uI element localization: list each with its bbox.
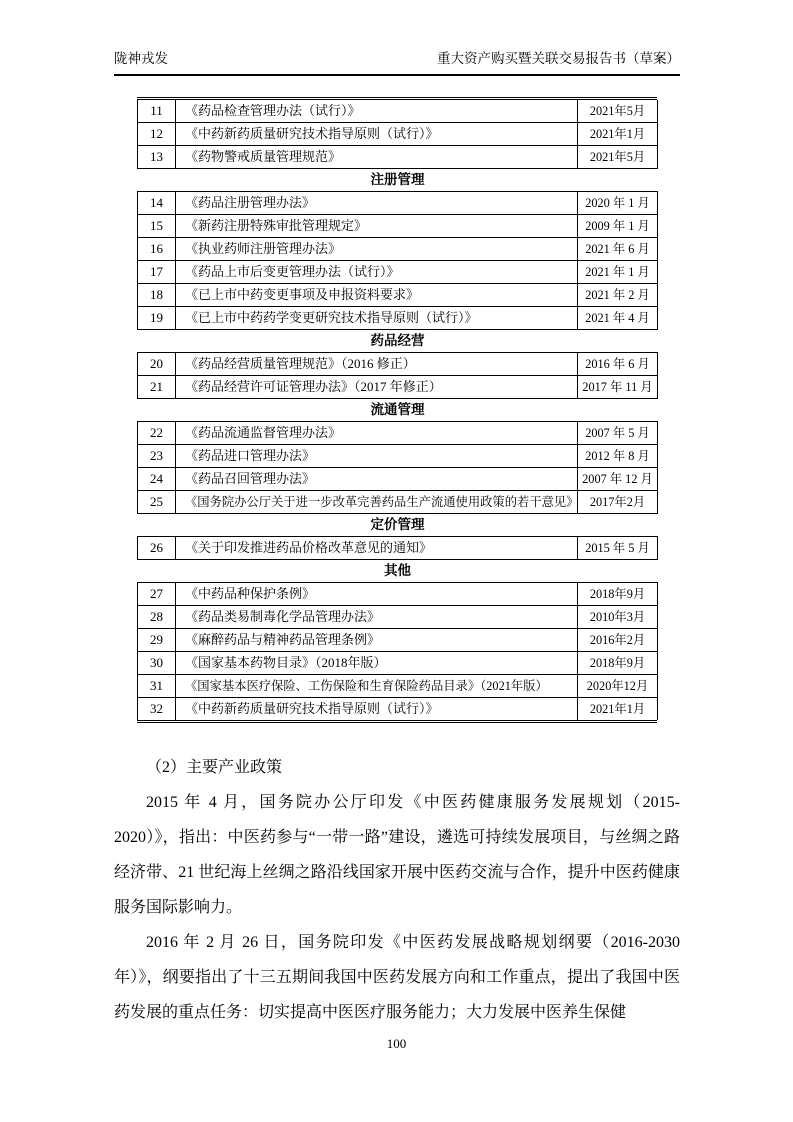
row-date: 2021 年 1 月 xyxy=(578,261,658,284)
row-date: 2021 年 2 月 xyxy=(578,284,658,307)
row-number: 21 xyxy=(138,376,176,399)
row-title: 《关于印发推进药品价格改革意见的通知》 xyxy=(176,537,578,560)
table-row: 19《已上市中药药学变更研究技术指导原则（试行）》2021 年 4 月 xyxy=(138,307,658,330)
row-title: 《中药新药质量研究技术指导原则（试行）》 xyxy=(176,698,578,721)
row-title: 《中药新药质量研究技术指导原则（试行）》 xyxy=(176,123,578,146)
row-date: 2021 年 4 月 xyxy=(578,307,658,330)
table-row: 29《麻醉药品与精神药品管理条例》2016年2月 xyxy=(138,629,658,652)
row-date: 2021年1月 xyxy=(578,123,658,146)
document-page: 陇神戎发 重大资产购买暨关联交易报告书（草案） 11《药品检查管理办法（试行）》… xyxy=(0,0,793,1122)
row-title: 《药品检查管理办法（试行）》 xyxy=(176,100,578,123)
table-row: 18《已上市中药变更事项及申报资料要求》2021 年 2 月 xyxy=(138,284,658,307)
table-row: 28《药品类易制毒化学品管理办法》2010年3月 xyxy=(138,606,658,629)
row-date: 2021 年 6 月 xyxy=(578,238,658,261)
row-title: 《药品注册管理办法》 xyxy=(176,192,578,215)
row-date: 2017 年 11 月 xyxy=(578,376,658,399)
table-section-label: 药品经营 xyxy=(138,330,658,353)
table-row: 22《药品流通监督管理办法》2007 年 5 月 xyxy=(138,422,658,445)
row-date: 2021年5月 xyxy=(578,146,658,169)
body-paragraph: 2015 年 4 月，国务院办公厅印发《中医药健康服务发展规划（2015-202… xyxy=(114,785,680,925)
table-section-row: 药品经营 xyxy=(138,330,658,353)
row-title: 《已上市中药变更事项及申报资料要求》 xyxy=(176,284,578,307)
table-row: 13《药物警戒质量管理规范》2021年5月 xyxy=(138,146,658,169)
row-number: 30 xyxy=(138,652,176,675)
header-company-name: 陇神戎发 xyxy=(114,50,168,68)
row-date: 2009 年 1 月 xyxy=(578,215,658,238)
regulations-table-wrapper: 11《药品检查管理办法（试行）》2021年5月12《中药新药质量研究技术指导原则… xyxy=(137,97,657,723)
table-row: 25《国务院办公厅关于进一步改革完善药品生产流通使用政策的若干意见》2017年2… xyxy=(138,491,658,514)
header-report-title: 重大资产购买暨关联交易报告书（草案） xyxy=(437,50,680,68)
row-number: 14 xyxy=(138,192,176,215)
table-row: 24《药品召回管理办法》2007 年 12 月 xyxy=(138,468,658,491)
row-date: 2017年2月 xyxy=(578,491,658,514)
row-title: 《药品类易制毒化学品管理办法》 xyxy=(176,606,578,629)
row-date: 2016年2月 xyxy=(578,629,658,652)
row-number: 32 xyxy=(138,698,176,721)
row-date: 2010年3月 xyxy=(578,606,658,629)
row-title: 《药品上市后变更管理办法（试行）》 xyxy=(176,261,578,284)
table-row: 17《药品上市后变更管理办法（试行）》2021 年 1 月 xyxy=(138,261,658,284)
row-number: 16 xyxy=(138,238,176,261)
row-number: 28 xyxy=(138,606,176,629)
row-number: 13 xyxy=(138,146,176,169)
table-row: 11《药品检查管理办法（试行）》2021年5月 xyxy=(138,100,658,123)
row-title: 《药品经营质量管理规范》（2016 修正） xyxy=(176,353,578,376)
row-number: 12 xyxy=(138,123,176,146)
table-section-row: 注册管理 xyxy=(138,169,658,192)
row-number: 22 xyxy=(138,422,176,445)
row-number: 20 xyxy=(138,353,176,376)
page-number: 100 xyxy=(0,1036,793,1052)
table-row: 12《中药新药质量研究技术指导原则（试行）》2021年1月 xyxy=(138,123,658,146)
row-date: 2015 年 5 月 xyxy=(578,537,658,560)
page-header: 陇神戎发 重大资产购买暨关联交易报告书（草案） xyxy=(114,50,680,76)
row-number: 29 xyxy=(138,629,176,652)
table-row: 27《中药品种保护条例》2018年9月 xyxy=(138,583,658,606)
row-title: 《麻醉药品与精神药品管理条例》 xyxy=(176,629,578,652)
row-number: 19 xyxy=(138,307,176,330)
table-row: 31《国家基本医疗保险、工伤保险和生育保险药品目录》（2021年版）2020年1… xyxy=(138,675,658,698)
table-section-label: 流通管理 xyxy=(138,399,658,422)
row-date: 2020年12月 xyxy=(578,675,658,698)
row-number: 26 xyxy=(138,537,176,560)
row-date: 2012 年 8 月 xyxy=(578,445,658,468)
body-content: （2）主要产业政策 2015 年 4 月，国务院办公厅印发《中医药健康服务发展规… xyxy=(114,750,680,1030)
row-date: 2021年1月 xyxy=(578,698,658,721)
table-row: 15《新药注册特殊审批管理规定》2009 年 1 月 xyxy=(138,215,658,238)
section-heading: （2）主要产业政策 xyxy=(114,750,680,785)
row-title: 《国家基本药物目录》（2018年版） xyxy=(176,652,578,675)
row-number: 11 xyxy=(138,100,176,123)
row-date: 2007 年 12 月 xyxy=(578,468,658,491)
table-section-label: 其他 xyxy=(138,560,658,583)
regulations-table: 11《药品检查管理办法（试行）》2021年5月12《中药新药质量研究技术指导原则… xyxy=(137,100,658,720)
row-number: 15 xyxy=(138,215,176,238)
table-row: 26《关于印发推进药品价格改革意见的通知》2015 年 5 月 xyxy=(138,537,658,560)
table-section-label: 注册管理 xyxy=(138,169,658,192)
row-date: 2020 年 1 月 xyxy=(578,192,658,215)
table-section-row: 其他 xyxy=(138,560,658,583)
row-number: 27 xyxy=(138,583,176,606)
row-date: 2021年5月 xyxy=(578,100,658,123)
body-paragraph: 2016 年 2 月 26 日，国务院印发《中医药发展战略规划纲要（2016-2… xyxy=(114,925,680,1030)
table-row: 14《药品注册管理办法》2020 年 1 月 xyxy=(138,192,658,215)
table-row: 23《药品进口管理办法》2012 年 8 月 xyxy=(138,445,658,468)
row-date: 2016 年 6 月 xyxy=(578,353,658,376)
row-date: 2018年9月 xyxy=(578,652,658,675)
table-row: 20《药品经营质量管理规范》（2016 修正）2016 年 6 月 xyxy=(138,353,658,376)
table-section-row: 定价管理 xyxy=(138,514,658,537)
row-title: 《药品流通监督管理办法》 xyxy=(176,422,578,445)
row-number: 17 xyxy=(138,261,176,284)
row-number: 25 xyxy=(138,491,176,514)
row-title: 《新药注册特殊审批管理规定》 xyxy=(176,215,578,238)
table-row: 30《国家基本药物目录》（2018年版）2018年9月 xyxy=(138,652,658,675)
table-section-row: 流通管理 xyxy=(138,399,658,422)
row-title: 《已上市中药药学变更研究技术指导原则（试行）》 xyxy=(176,307,578,330)
row-number: 31 xyxy=(138,675,176,698)
row-title: 《药物警戒质量管理规范》 xyxy=(176,146,578,169)
row-number: 18 xyxy=(138,284,176,307)
row-title: 《执业药师注册管理办法》 xyxy=(176,238,578,261)
table-row: 21《药品经营许可证管理办法》（2017 年修正）2017 年 11 月 xyxy=(138,376,658,399)
row-title: 《中药品种保护条例》 xyxy=(176,583,578,606)
row-title: 《药品进口管理办法》 xyxy=(176,445,578,468)
row-title: 《药品经营许可证管理办法》（2017 年修正） xyxy=(176,376,578,399)
table-row: 16《执业药师注册管理办法》2021 年 6 月 xyxy=(138,238,658,261)
table-section-label: 定价管理 xyxy=(138,514,658,537)
row-date: 2018年9月 xyxy=(578,583,658,606)
row-title: 《国家基本医疗保险、工伤保险和生育保险药品目录》（2021年版） xyxy=(176,675,578,698)
row-number: 24 xyxy=(138,468,176,491)
row-number: 23 xyxy=(138,445,176,468)
table-row: 32《中药新药质量研究技术指导原则（试行）》2021年1月 xyxy=(138,698,658,721)
row-title: 《药品召回管理办法》 xyxy=(176,468,578,491)
row-date: 2007 年 5 月 xyxy=(578,422,658,445)
row-title: 《国务院办公厅关于进一步改革完善药品生产流通使用政策的若干意见》 xyxy=(176,491,578,514)
